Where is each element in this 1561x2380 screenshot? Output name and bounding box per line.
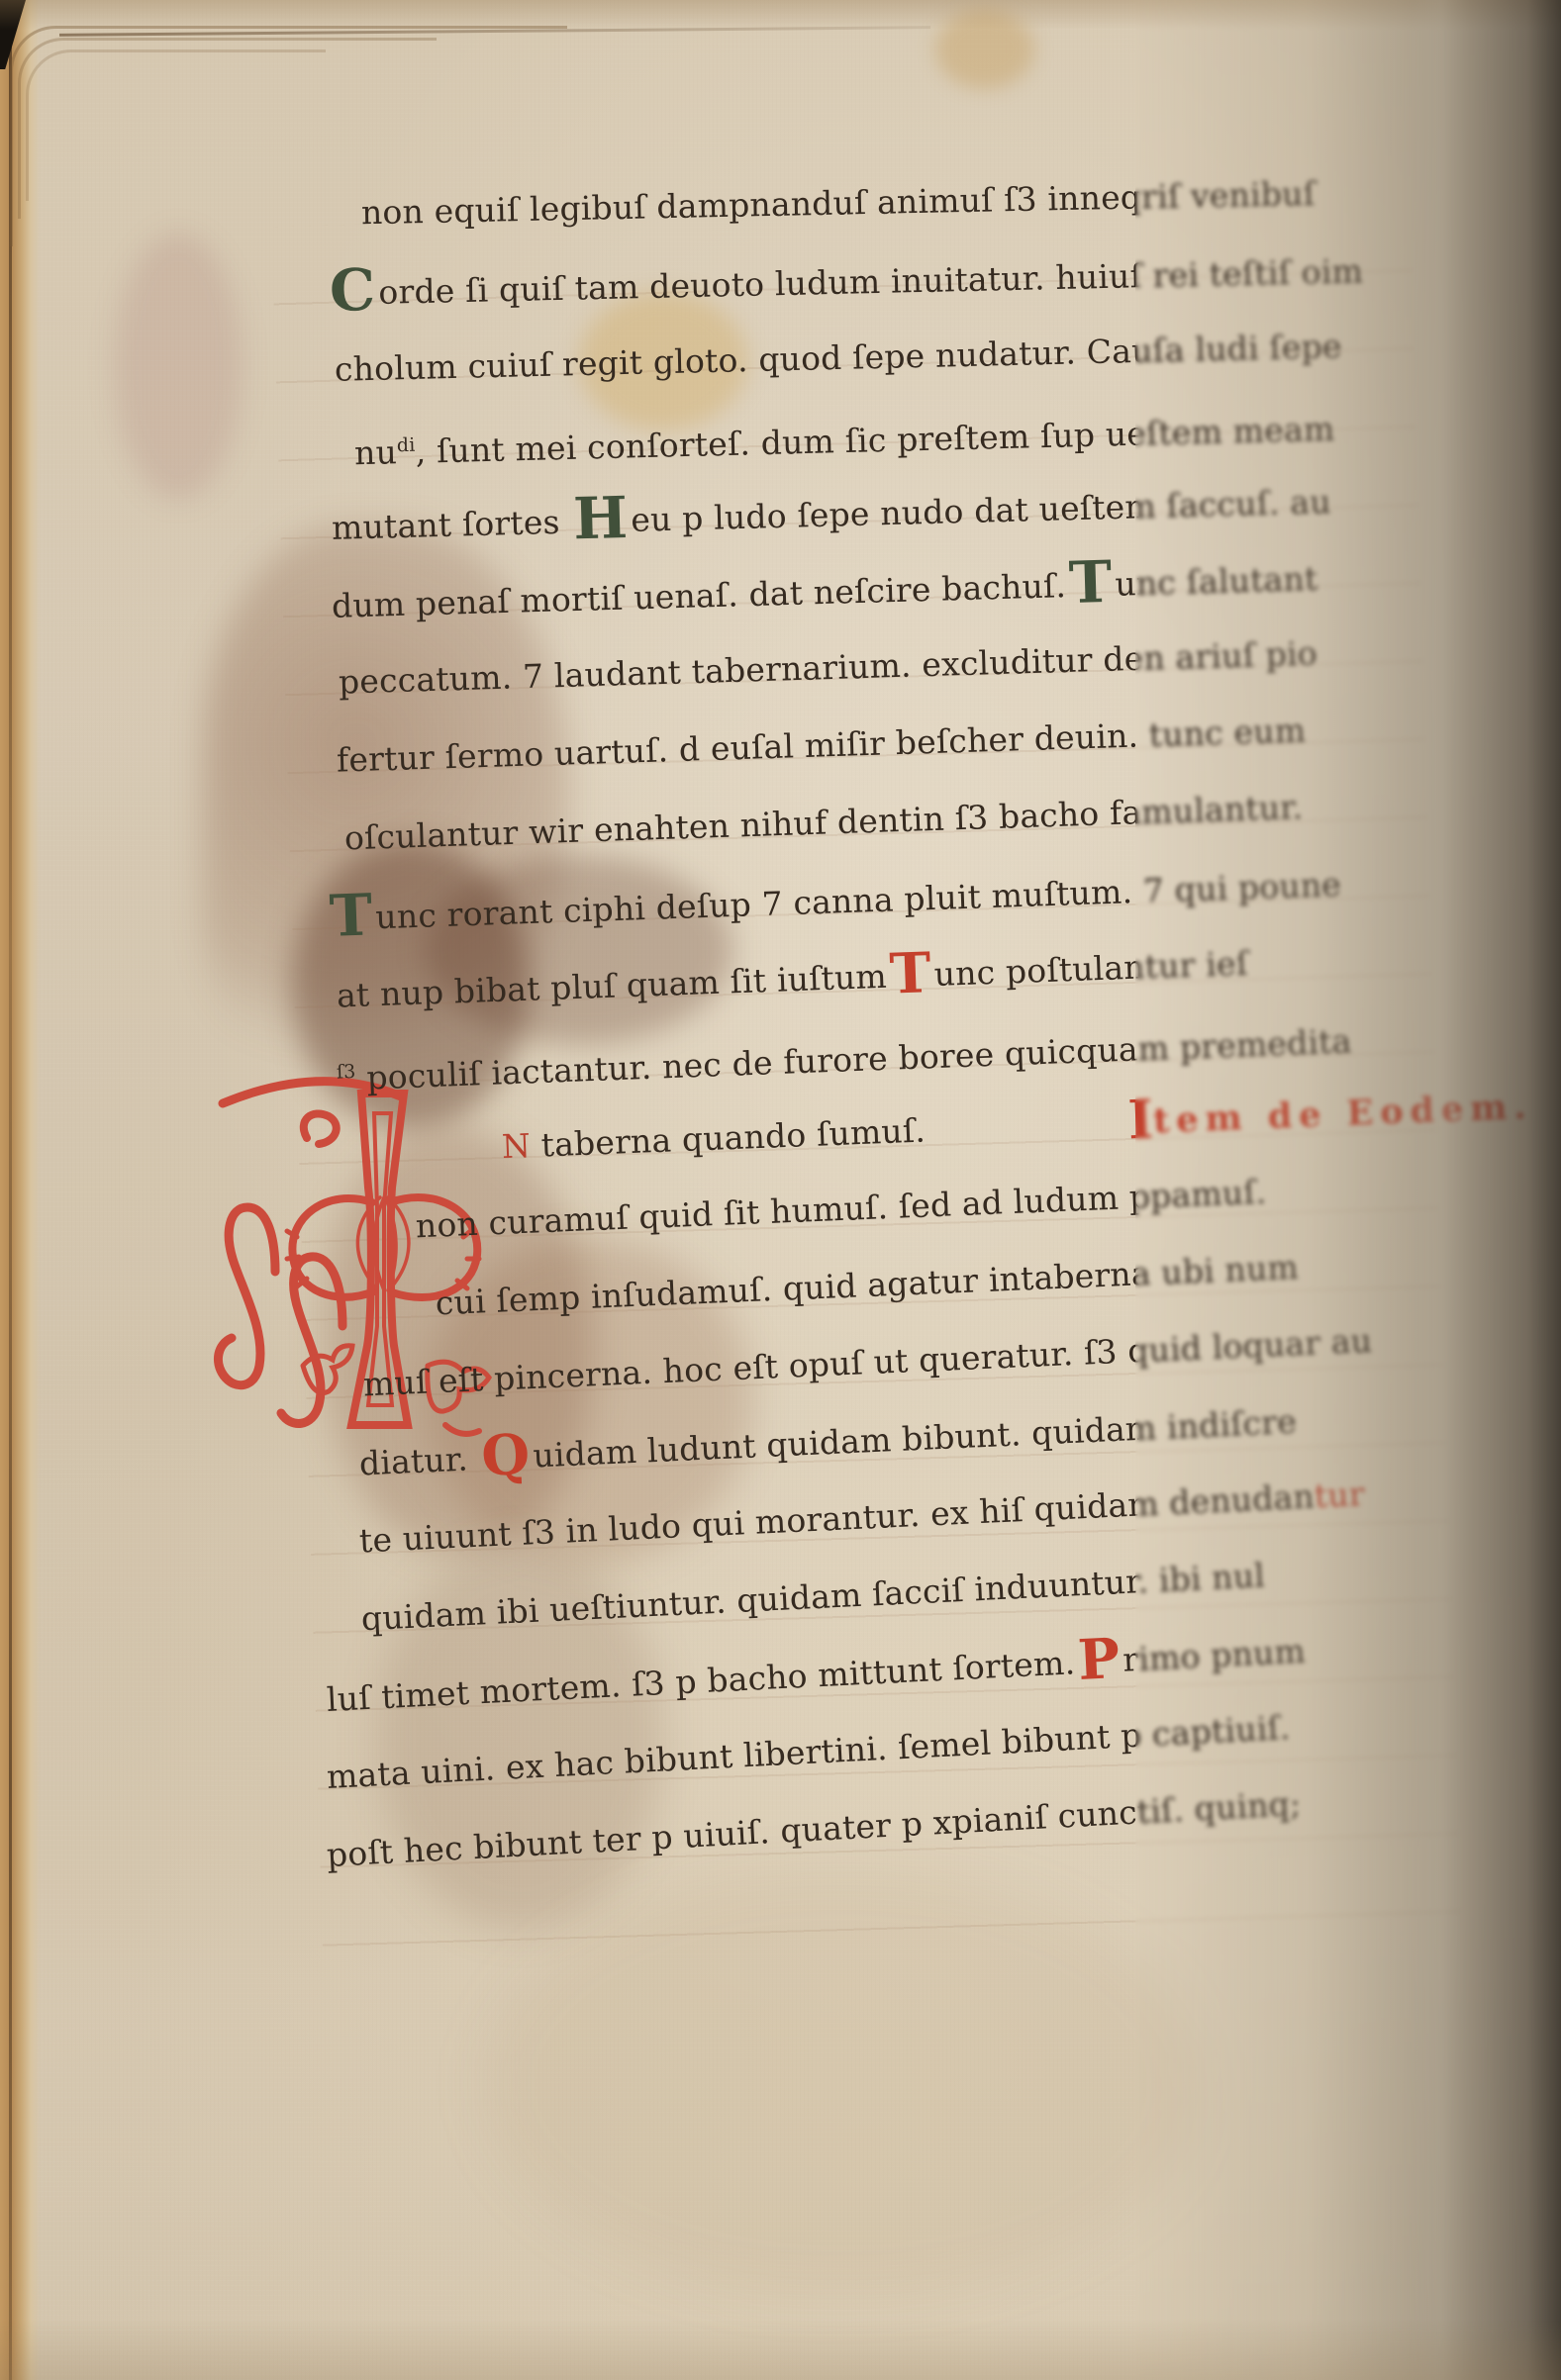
red-text: N: [501, 1126, 532, 1166]
ink-text: taberna quando ſumuſ.: [530, 1110, 926, 1165]
page-curve-shadow: [1135, 0, 1561, 2380]
manuscript-photo: non equiſ legibuſ dampnanduſ animuſ ſ3 i…: [0, 0, 1561, 2380]
ink-text: dum penaſ mortiſ uenaſ. dat neſcire bach…: [332, 566, 1067, 625]
binding-crease: [9, 0, 12, 2380]
red-cap-text: P: [1073, 1626, 1124, 1693]
green-cap-text: H: [569, 484, 632, 553]
red-cap-text: Q: [477, 1422, 535, 1489]
sup-text: di: [397, 434, 416, 456]
ink-text: mutant ſortes: [332, 503, 571, 547]
red-cap-text: T: [886, 940, 935, 1007]
green-cap-text: C: [326, 256, 379, 325]
sup-text: ſ3: [337, 1061, 356, 1084]
green-cap-text: T: [1065, 548, 1116, 617]
page-edge-ridge: [26, 49, 326, 201]
green-cap-text: T: [326, 881, 377, 950]
binding-edge: [0, 0, 40, 2380]
ink-text: diatur.: [358, 1439, 479, 1482]
bottom-edge-shadow: [0, 2321, 1561, 2380]
ink-text: at nup bibat pluſ quam ſit iuſtum: [336, 957, 887, 1015]
ink-text: nu: [354, 432, 398, 472]
